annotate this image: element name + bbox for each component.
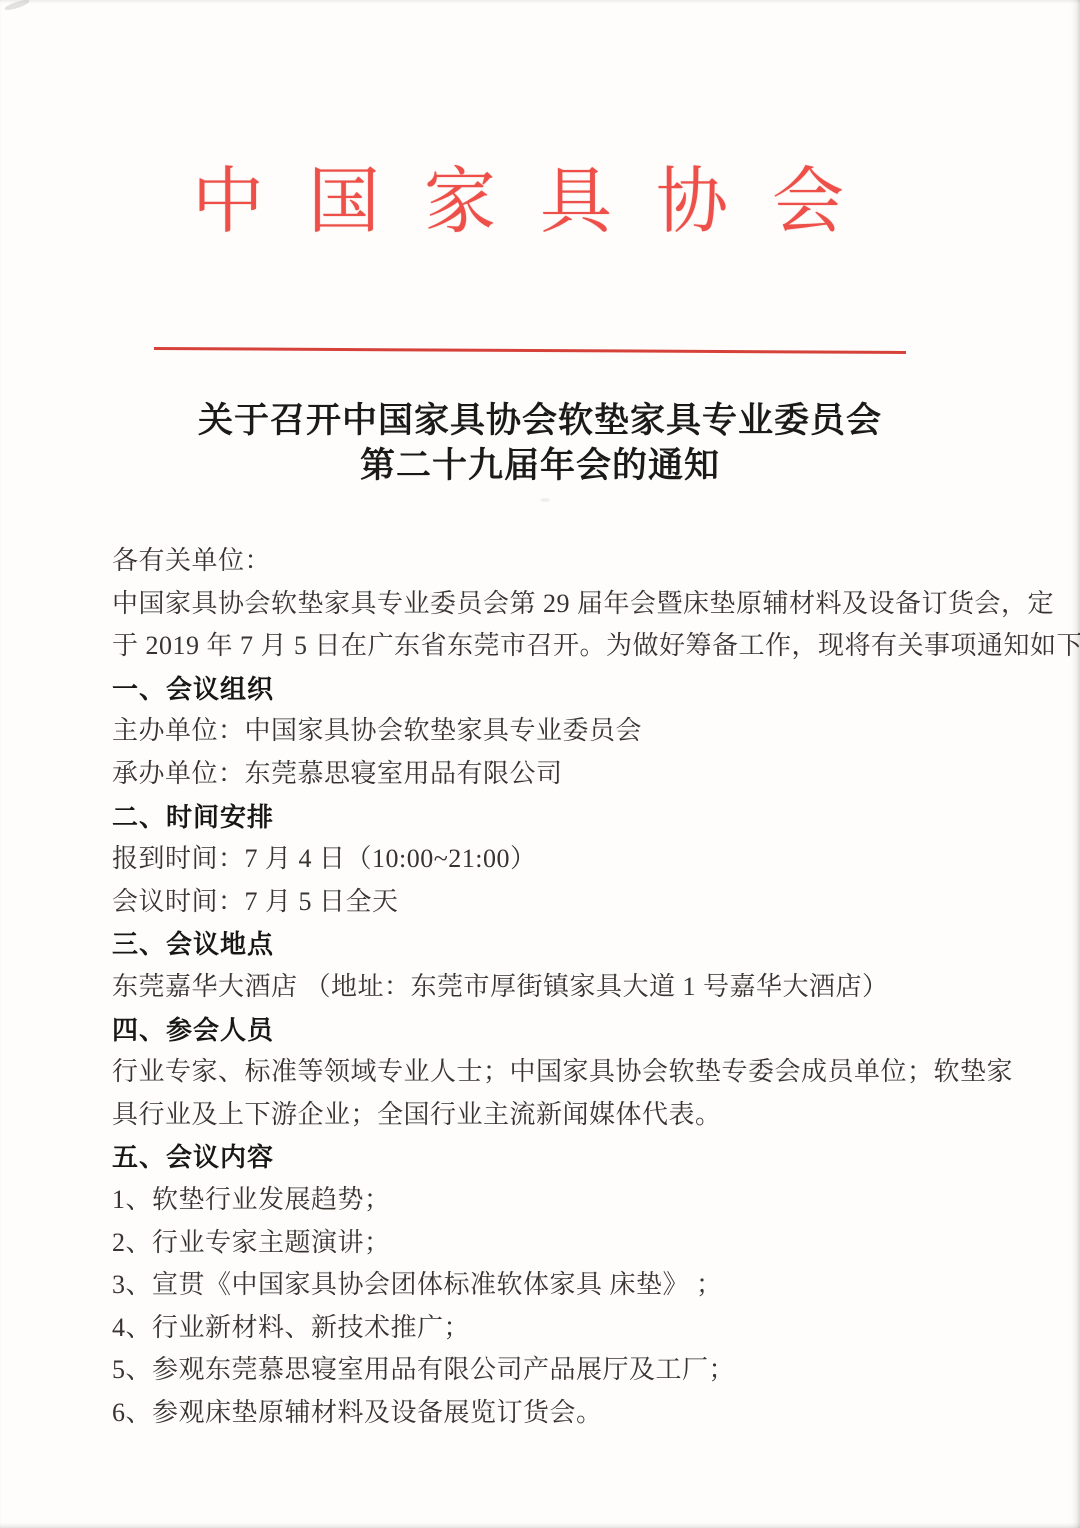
section-4-line-2: 具行业及上下游企业；全国行业主流新闻媒体代表。	[112, 1094, 972, 1137]
agenda-item-6: 6、参观床垫原辅材料及设备展览订货会。	[112, 1392, 972, 1435]
section-1-line-organizer: 承办单位：东莞慕思寝室用品有限公司	[112, 753, 972, 796]
agenda-item-1: 1、软垫行业发展趋势；	[112, 1179, 972, 1222]
document-body: 各有关单位： 中国家具协会软垫家具专业委员会第 29 届年会暨床垫原辅材料及设备…	[112, 540, 972, 1434]
section-2-line-checkin-time: 报到时间：7 月 4 日（10:00~21:00）	[112, 838, 972, 881]
scan-speck	[540, 498, 550, 502]
section-2-line-meeting-time: 会议时间：7 月 5 日全天	[112, 881, 972, 924]
intro-line-1: 中国家具协会软垫家具专业委员会第 29 届年会暨床垫原辅材料及设备订货会，定	[112, 583, 972, 626]
scan-speck	[882, 1062, 894, 1066]
letterhead-divider-rule	[154, 347, 906, 354]
salutation: 各有关单位：	[112, 540, 972, 583]
scanned-notice-page: 中国家具协会 关于召开中国家具协会软垫家具专业委员会 第二十九届年会的通知 各有…	[0, 0, 1080, 1528]
document-title: 关于召开中国家具协会软垫家具专业委员会 第二十九届年会的通知	[0, 398, 1080, 488]
agenda-item-5: 5、参观东莞慕思寝室用品有限公司产品展厅及工厂；	[112, 1349, 972, 1392]
section-1-line-host: 主办单位：中国家具协会软垫家具专业委员会	[112, 710, 972, 753]
section-3-heading: 三、会议地点	[112, 923, 972, 966]
agenda-item-3: 3、宣贯《中国家具协会团体标准软体家具 床垫》 ；	[112, 1264, 972, 1307]
agenda-item-2: 2、行业专家主题演讲；	[112, 1222, 972, 1265]
document-title-line-2: 第二十九届年会的通知	[0, 443, 1080, 488]
scan-corner-mark	[4, 0, 31, 12]
intro-line-2: 于 2019 年 7 月 5 日在广东省东莞市召开。为做好筹备工作，现将有关事项…	[112, 625, 972, 668]
section-5-heading: 五、会议内容	[112, 1136, 972, 1179]
section-3-line-venue: 东莞嘉华大酒店 （地址：东莞市厚街镇家具大道 1 号嘉华大酒店）	[112, 966, 972, 1009]
section-4-heading: 四、参会人员	[112, 1009, 972, 1052]
section-2-heading: 二、时间安排	[112, 796, 972, 839]
section-1-heading: 一、会议组织	[112, 668, 972, 711]
org-letterhead: 中国家具协会	[0, 152, 1080, 252]
document-title-line-1: 关于召开中国家具协会软垫家具专业委员会	[0, 398, 1080, 443]
agenda-item-4: 4、行业新材料、新技术推广；	[112, 1307, 972, 1350]
section-4-line-1: 行业专家、标准等领域专业人士；中国家具协会软垫专委会成员单位；软垫家	[112, 1051, 972, 1094]
